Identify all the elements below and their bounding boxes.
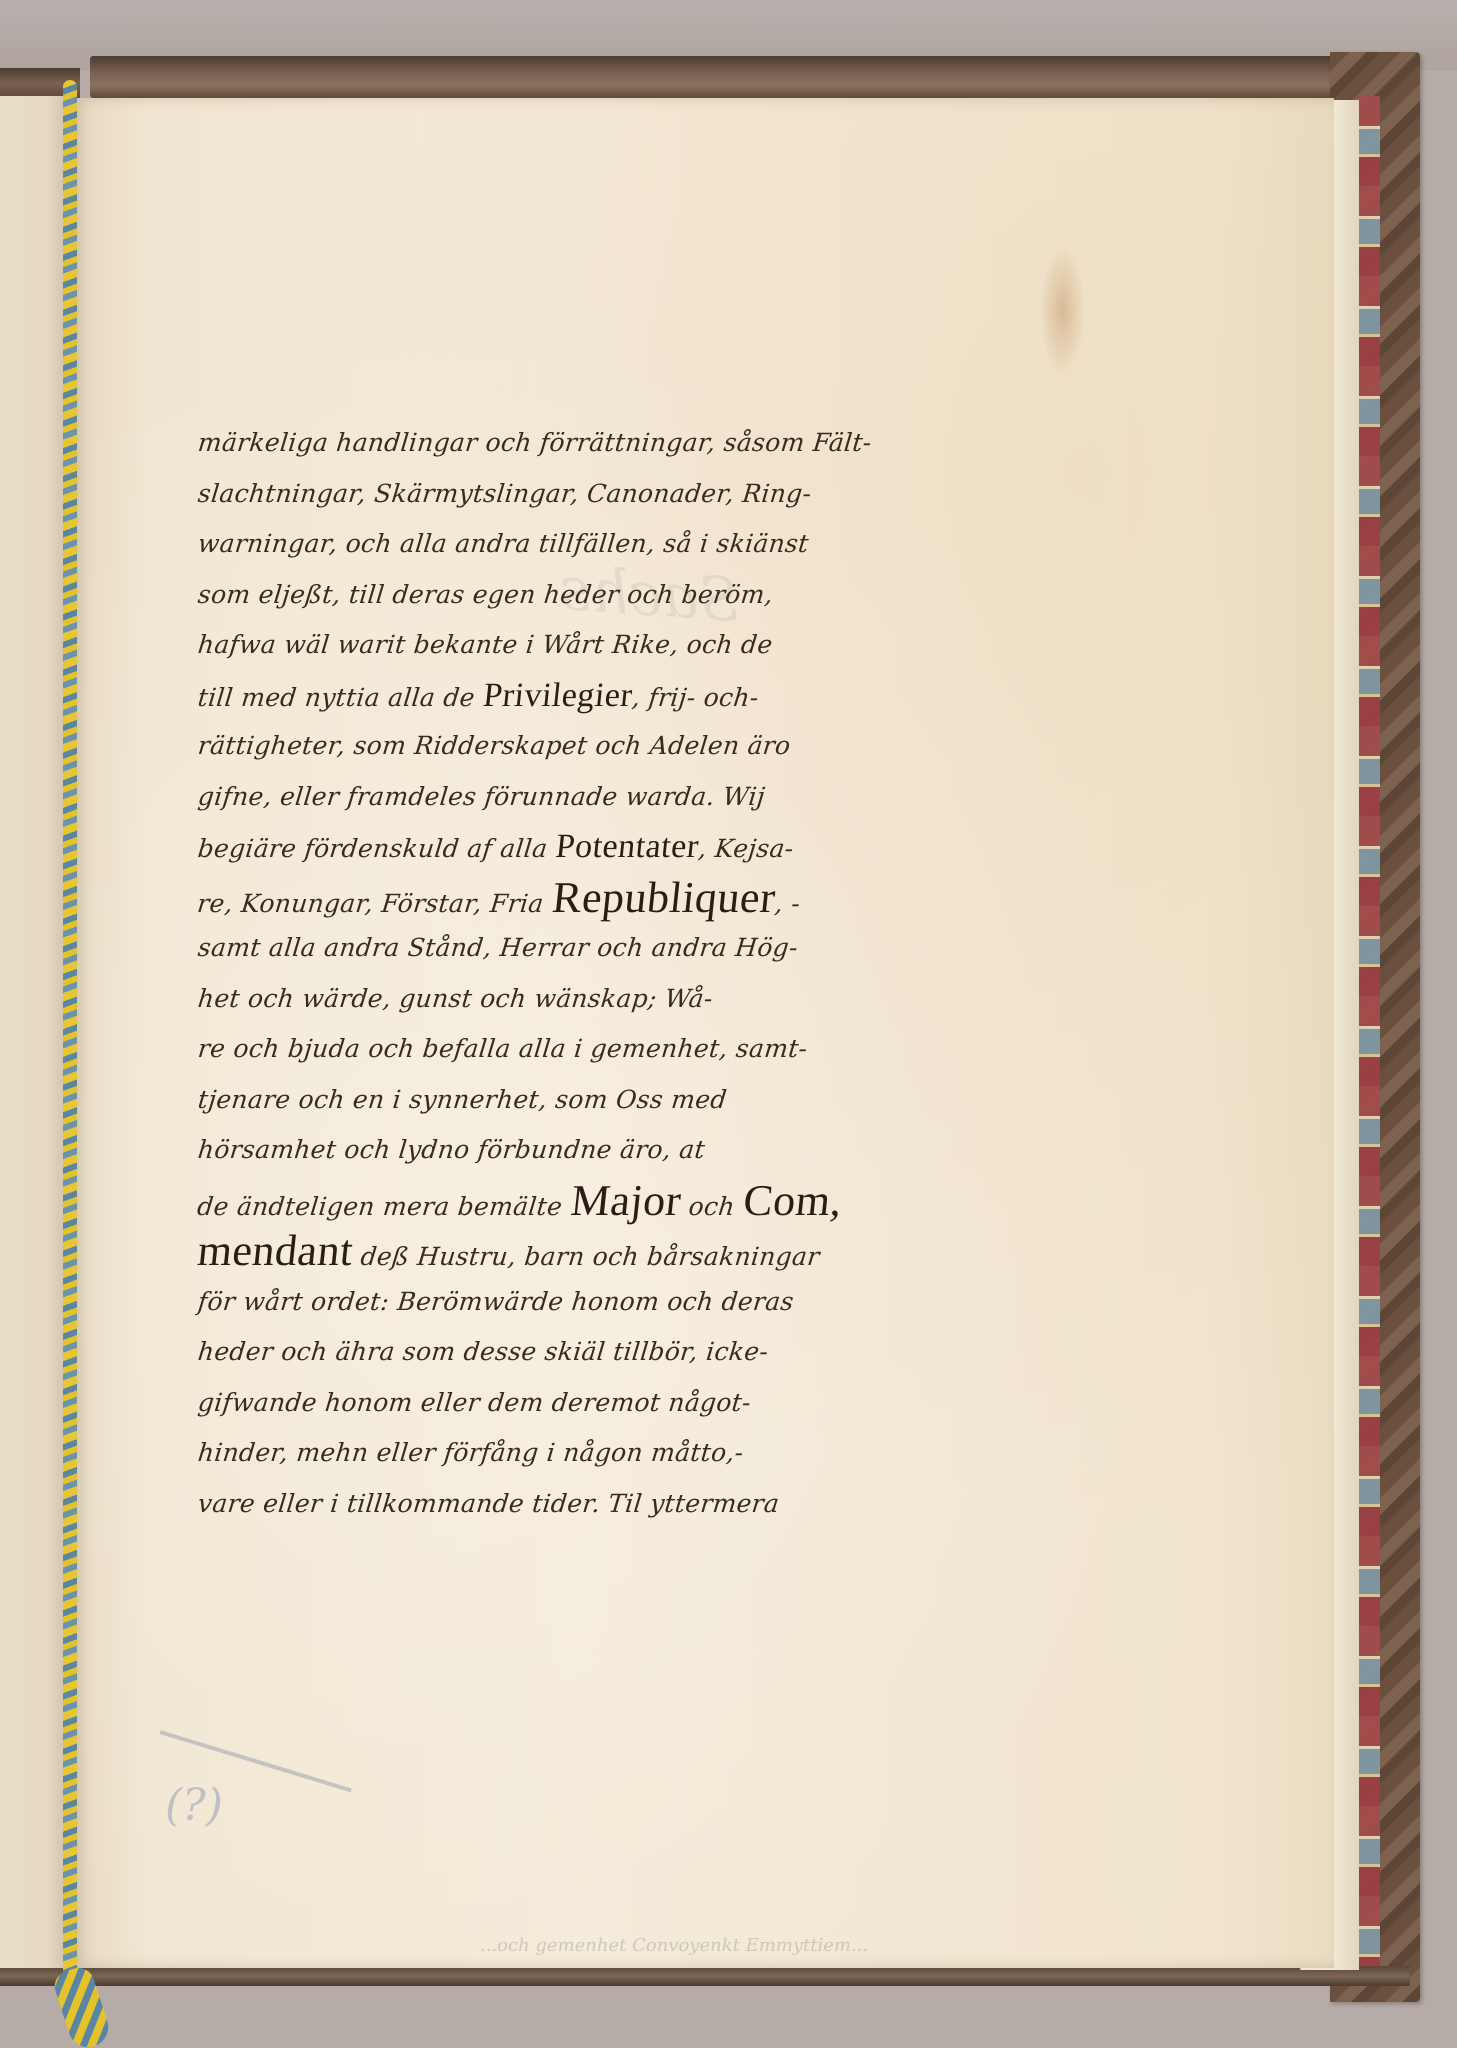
emphasized-word: mendant bbox=[196, 1226, 356, 1275]
text-line: warningar, och alla andra tillfällen, så… bbox=[195, 519, 1080, 570]
manuscript-text: märkeliga handlingar och förrättningar, … bbox=[198, 418, 1078, 1529]
text-line: till med nyttia alla de Privilegier, fri… bbox=[195, 671, 1080, 722]
bookmark-cord bbox=[63, 80, 77, 1980]
text-line: märkeliga handlingar och förrättningar, … bbox=[195, 418, 1080, 469]
emphasized-word: Republiquer bbox=[550, 873, 778, 922]
bottom-cover-edge bbox=[0, 1966, 1410, 1986]
foxing-stain bbox=[1040, 245, 1085, 375]
text-line: hafwa wäl warit bekante i Wårt Rike, och… bbox=[195, 620, 1080, 671]
text-line: mendant deß Hustru, barn och bårsakninga… bbox=[195, 1226, 1080, 1277]
emphasized-word: Potentater bbox=[554, 828, 701, 865]
top-cover-edge bbox=[90, 56, 1390, 98]
text-line: samt alla andra Stånd, Herrar och andra … bbox=[195, 923, 1080, 974]
text-line: gifne, eller framdeles förunnade warda. … bbox=[195, 772, 1080, 823]
text-line: slachtningar, Skärmytslingar, Canonader,… bbox=[195, 469, 1080, 520]
text-line: heder och ähra som desse skiäl tillbör, … bbox=[195, 1327, 1080, 1378]
text-line: hinder, mehn eller förfång i någon måtto… bbox=[195, 1428, 1080, 1479]
pencil-annotation: (?) bbox=[165, 1780, 223, 1831]
emphasized-word: Com, bbox=[741, 1176, 845, 1225]
text-line: vare eller i tillkommande tider. Til ytt… bbox=[195, 1479, 1080, 1530]
text-line: de ändteligen mera bemälte Major och Com… bbox=[195, 1176, 1080, 1227]
text-line: gifwande honom eller dem deremot något- bbox=[195, 1378, 1080, 1429]
text-line: rättigheter, som Ridderskapet och Adelen… bbox=[195, 721, 1080, 772]
text-line: tjenare och en i synnerhet, som Oss med bbox=[195, 1075, 1080, 1126]
text-line: het och wärde, gunst och wänskap; Wå- bbox=[195, 974, 1080, 1025]
text-line: hörsamhet och lydno förbundne äro, at bbox=[195, 1125, 1080, 1176]
emphasized-word: Privilegier bbox=[481, 677, 634, 714]
emphasized-word: Major bbox=[569, 1176, 684, 1225]
bleed-through-text: ...och gemenhet Convoyenkt Emmyttiem... bbox=[480, 1935, 868, 1956]
text-line: re, Konungar, Förstar, Fria Republiquer,… bbox=[195, 873, 1080, 924]
text-line: re och bjuda och befalla alla i gemenhet… bbox=[195, 1024, 1080, 1075]
text-line: begiäre fördenskuld af alla Potentater, … bbox=[195, 822, 1080, 873]
left-page bbox=[0, 96, 68, 1968]
text-line: för wårt ordet: Berömwärde honom och der… bbox=[195, 1277, 1080, 1328]
marbled-fore-edge bbox=[1358, 96, 1380, 1986]
text-line: som eljeßt, till deras egen heder och be… bbox=[195, 570, 1080, 621]
